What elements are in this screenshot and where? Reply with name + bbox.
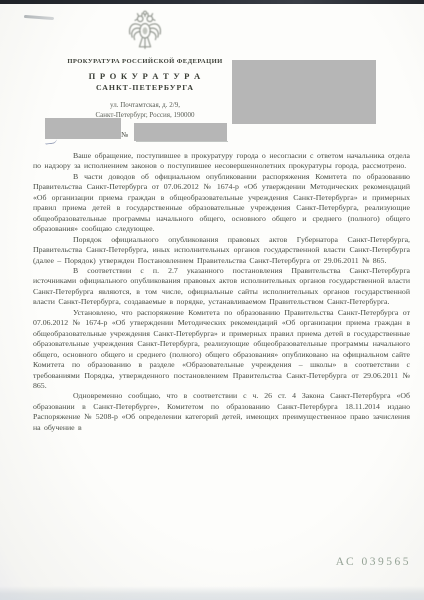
paragraph-5: Установлено, что распоряжение Комитета п… [33,308,410,392]
number-sign: № [121,130,128,139]
scan-edge-strip [0,0,424,4]
page-bottom-shadow [0,586,424,600]
org-address: ул. Почтамтская, д. 2/9, Санкт-Петербург… [35,100,255,120]
letterhead: ПРОКУРАТУРА РОССИЙСКОЙ ФЕДЕРАЦИИ П Р О К… [35,10,255,120]
paragraph-2: В части доводов об официальном опубликов… [33,172,410,235]
letter-body: Ваше обращение, поступившее в прокуратур… [33,151,410,433]
paragraph-4: В соответствии с п. 2.7 указанного поста… [33,266,410,308]
reference-underline [136,141,228,142]
redaction-addressee-block [232,60,376,124]
org-city: САНКТ-ПЕТЕРБУРГА [35,83,255,92]
paragraph-3: Порядок официального опубликования право… [33,235,410,266]
org-name: П Р О К У Р А Т У Р А [35,71,255,81]
org-federation-line: ПРОКУРАТУРА РОССИЙСКОЙ ФЕДЕРАЦИИ [35,58,255,65]
pen-mark [45,138,57,144]
coat-of-arms-eagle-icon [127,10,163,54]
redaction-outgoing-date [45,118,121,139]
org-address-street: ул. Почтамтская, д. 2/9, [35,100,255,110]
stationery-serial-number: АС 039565 [336,556,411,568]
redaction-outgoing-number [134,123,227,141]
paragraph-1: Ваше обращение, поступившее в прокуратур… [33,151,410,172]
scanned-page: ПРОКУРАТУРА РОССИЙСКОЙ ФЕДЕРАЦИИ П Р О К… [0,0,424,600]
paragraph-6: Одновременно сообщаю, что в соответствии… [33,391,410,433]
